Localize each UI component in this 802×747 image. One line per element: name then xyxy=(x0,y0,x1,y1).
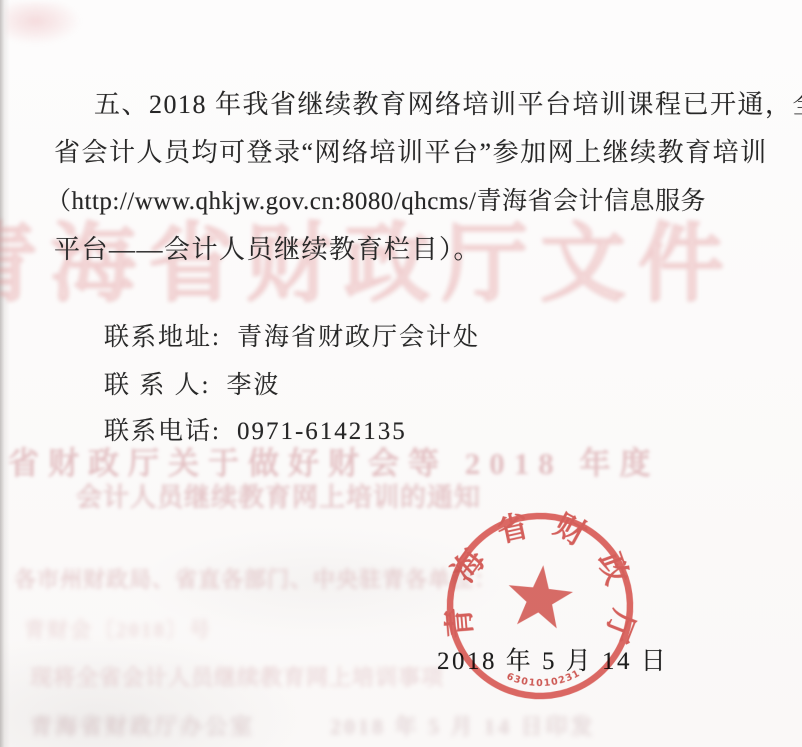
body-line-2: 省会计人员均可登录“网络培训平台”参加网上继续教育培训 xyxy=(54,132,768,169)
body-line-4: 平台——会计人员继续教育栏目）。 xyxy=(54,229,481,266)
bleedthrough-recipients-line: 各市州财政局、省直各部门、中央驻青各单位： xyxy=(14,563,497,594)
scan-left-edge-shadow xyxy=(0,0,10,747)
scanned-document-page: 青海省财政厅文件 省财政厅关于做好财会等 2018 年度 会计人员继续教育网上培… xyxy=(0,0,802,747)
contact-person-row: 联 系 人:李波 xyxy=(104,365,280,401)
official-seal: 青海省财政厅 6301010231909 xyxy=(437,503,644,710)
contact-address-value: 青海省财政厅会计处 xyxy=(237,324,480,351)
body-line-1: 五、2018 年我省继续教育网络培训平台培训课程已开通，全 xyxy=(94,84,802,121)
contact-phone-value: 0971-6142135 xyxy=(237,418,407,445)
contact-person-value: 李波 xyxy=(226,372,280,399)
contact-address-label: 联系地址: xyxy=(104,324,221,351)
bleedthrough-footer-line: 青海省财政厅办公室 2018 年 5 月 14 日印发 xyxy=(30,710,596,741)
bleedthrough-title-line-2: 会计人员继续教育网上培训的通知 xyxy=(76,477,481,514)
body-line-url: （http://www.qhkjw.gov.cn:8080/qhcms/青海省会… xyxy=(46,181,706,217)
seal-star xyxy=(505,562,576,630)
contact-address-row: 联系地址:青海省财政厅会计处 xyxy=(104,317,480,353)
seal-graphic: 青海省财政厅 6301010231909 xyxy=(437,503,644,710)
bleedthrough-body-line: 现将全省会计人员继续教育网上培训事项 xyxy=(30,661,444,692)
contact-phone-row: 联系电话:0971-6142135 xyxy=(104,411,407,447)
top-left-red-smudge xyxy=(6,2,80,44)
bleedthrough-docnumber-line: 青财会〔2018〕号 xyxy=(24,614,212,644)
contact-person-label: 联 系 人: xyxy=(104,372,210,399)
contact-phone-label: 联系电话: xyxy=(104,418,221,445)
